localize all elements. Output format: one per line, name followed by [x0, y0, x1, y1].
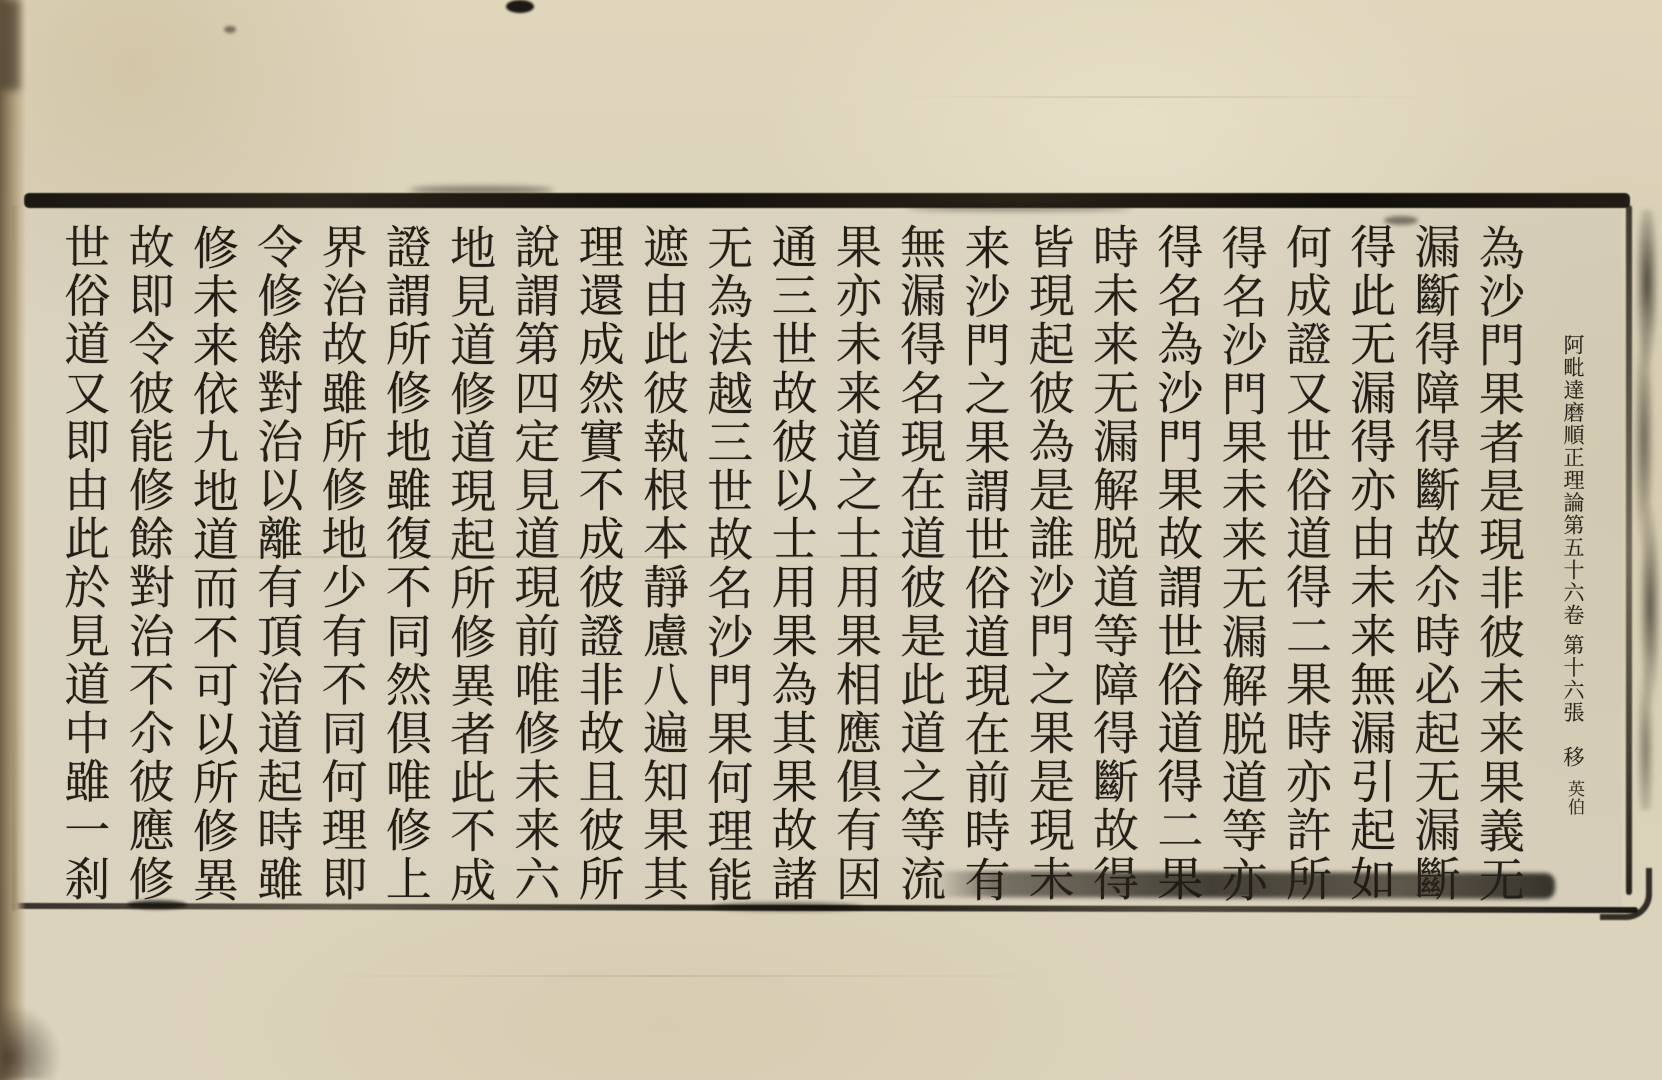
bottom-right-frame-corner: [1600, 868, 1652, 920]
text-column: 得此无漏得亦由未来無漏引起如: [1338, 223, 1402, 913]
text-column: 何成證又世俗道得二果時亦許所: [1274, 223, 1338, 913]
carver-name: 英伯: [1558, 780, 1590, 816]
text-column: 果亦未来道之士用果相應倶有因: [824, 223, 888, 913]
text-column: 證謂所修地雖復不同然倶唯修上: [373, 223, 437, 913]
sutra-page-scan: 為沙門果者是現非彼未来果義无 漏斷得障得斷故尒時必起无漏斷 得此无漏得亦由未来無…: [0, 0, 1662, 1080]
text-column: 為沙門果者是現非彼未来果義无: [1467, 224, 1531, 914]
paper-crease: [900, 96, 1500, 98]
text-column: 得名沙門果未来无漏解脱道等亦: [1209, 224, 1273, 914]
text-column: 通三世故彼以士用果為其果故諸: [759, 223, 823, 913]
ink-speck: [506, 0, 534, 13]
text-column: 無漏得名現在道彼是此道之等流: [888, 223, 952, 913]
text-column: 漏斷得障得斷故尒時必起无漏斷: [1402, 223, 1466, 913]
text-column: 說謂第四定見道現前唯修未来六: [502, 223, 566, 913]
text-column: 得名為沙門果故謂世俗道得二果: [1145, 223, 1209, 913]
text-column: 令修餘對治以離有頂治道起時雖: [245, 223, 309, 913]
text-column: 皆現起彼為是誰沙門之果是現未: [1016, 223, 1080, 913]
sutra-text-block: 為沙門果者是現非彼未来果義无 漏斷得障得斷故尒時必起无漏斷 得此无漏得亦由未来無…: [52, 223, 1531, 913]
text-column: 界治故雖所修地少有不同何理即: [309, 223, 373, 913]
top-border-rule: [24, 193, 1630, 208]
text-column: 世俗道又即由此於見道中雖一刹: [52, 223, 116, 913]
text-column: 无為法越三世故名沙門果何理能: [695, 224, 759, 914]
text-column: 故即令彼能修餘對治不尒彼應修: [116, 223, 180, 913]
scroll-title: 阿毗達磨順正理論第五十六卷: [1552, 334, 1594, 627]
case-mark-character: 移: [1552, 746, 1594, 767]
sheet-number: 第十六張: [1552, 634, 1594, 724]
text-column: 時未来无漏解脱道等障得斷故得: [1081, 223, 1145, 913]
book-gutter-edge: [0, 0, 26, 1080]
text-column: 来沙門之果謂世俗道現在前時有: [952, 224, 1016, 914]
ink-speck: [224, 26, 236, 33]
text-column: 地見道修道現起所修異者此不成: [438, 224, 502, 914]
text-column: 修未来依九地道而不可以所修異: [181, 224, 245, 914]
paper-crease: [300, 975, 1200, 977]
text-column: 遮由此彼執根本靜慮八遍知果其: [631, 223, 695, 913]
right-ink-smudge: [1632, 210, 1662, 810]
text-column: 理還成然實不成彼證非故且彼所: [566, 223, 630, 913]
